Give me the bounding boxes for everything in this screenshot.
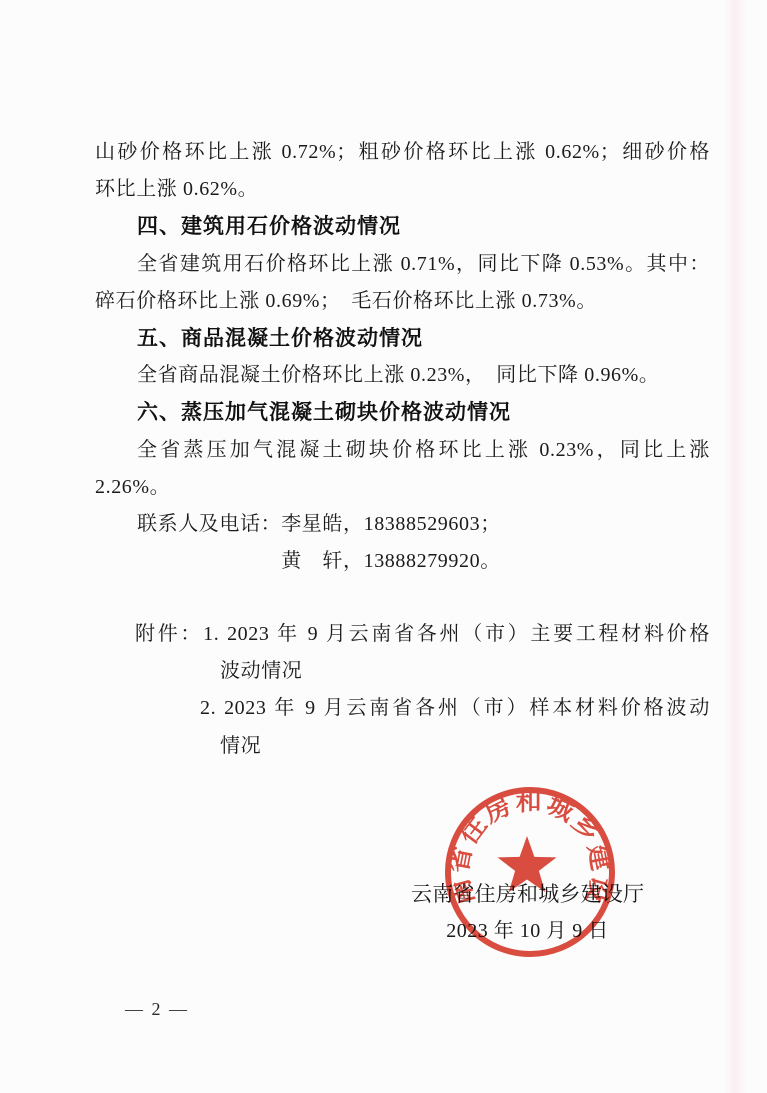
page-number: — 2 — [125, 999, 189, 1020]
section-heading-4: 四、建筑用石价格波动情况 [95, 208, 710, 245]
body-line: 山砂价格环比上涨 0.72%；粗砂价格环比上涨 0.62%；细砂价格 [95, 134, 710, 171]
scan-artifact-streak [723, 0, 749, 1093]
contact-label: 联系人及电话： [137, 513, 281, 535]
contact-line: 联系人及电话：黄 轩，13888279920。 [95, 543, 710, 580]
attachment-item-2-line-2: 情况 [95, 728, 710, 765]
document-sheet: 山砂价格环比上涨 0.72%；粗砂价格环比上涨 0.62%；细砂价格 环比上涨 … [0, 0, 767, 1093]
body-line: 全省建筑用石价格环比上涨 0.71%，同比下降 0.53%。其中： [95, 246, 710, 283]
signature-date: 2023 年 10 月 9 日 [411, 913, 644, 950]
contact-person-2: 黄 轩，13888279920。 [281, 550, 501, 572]
signature-agency: 云南省住房和城乡建设厅 [411, 876, 644, 913]
attachment-item-1-line-2: 波动情况 [95, 653, 710, 690]
signature-block: 云南省住房和城乡建设厅 2023 年 10 月 9 日 [411, 876, 644, 950]
body-text-block: 山砂价格环比上涨 0.72%；粗砂价格环比上涨 0.62%；细砂价格 环比上涨 … [95, 134, 710, 580]
body-line: 全省蒸压加气混凝土砌块价格环比上涨 0.23%，同比上涨 [95, 432, 710, 469]
body-line: 碎石价格环比上涨 0.69%； 毛石价格环比上涨 0.73%。 [95, 283, 710, 320]
attachments-block: 附件：1. 2023 年 9 月云南省各州（市）主要工程材料价格 波动情况 2.… [95, 616, 710, 765]
attachment-item-1-line-1: 附件：1. 2023 年 9 月云南省各州（市）主要工程材料价格 [95, 616, 710, 653]
contact-person-1: 李星皓，18388529603； [281, 513, 501, 535]
body-line: 环比上涨 0.62%。 [95, 171, 710, 208]
section-heading-5: 五、商品混凝土价格波动情况 [95, 320, 710, 357]
section-heading-6: 六、蒸压加气混凝土砌块价格波动情况 [95, 394, 710, 431]
body-line: 2.26%。 [95, 469, 710, 506]
attachment-item-2-line-1: 2. 2023 年 9 月云南省各州（市）样本材料价格波动 [95, 690, 710, 727]
body-line: 全省商品混凝土价格环比上涨 0.23%， 同比下降 0.96%。 [95, 357, 710, 394]
contact-line: 联系人及电话：李星皓，18388529603； [95, 506, 710, 543]
